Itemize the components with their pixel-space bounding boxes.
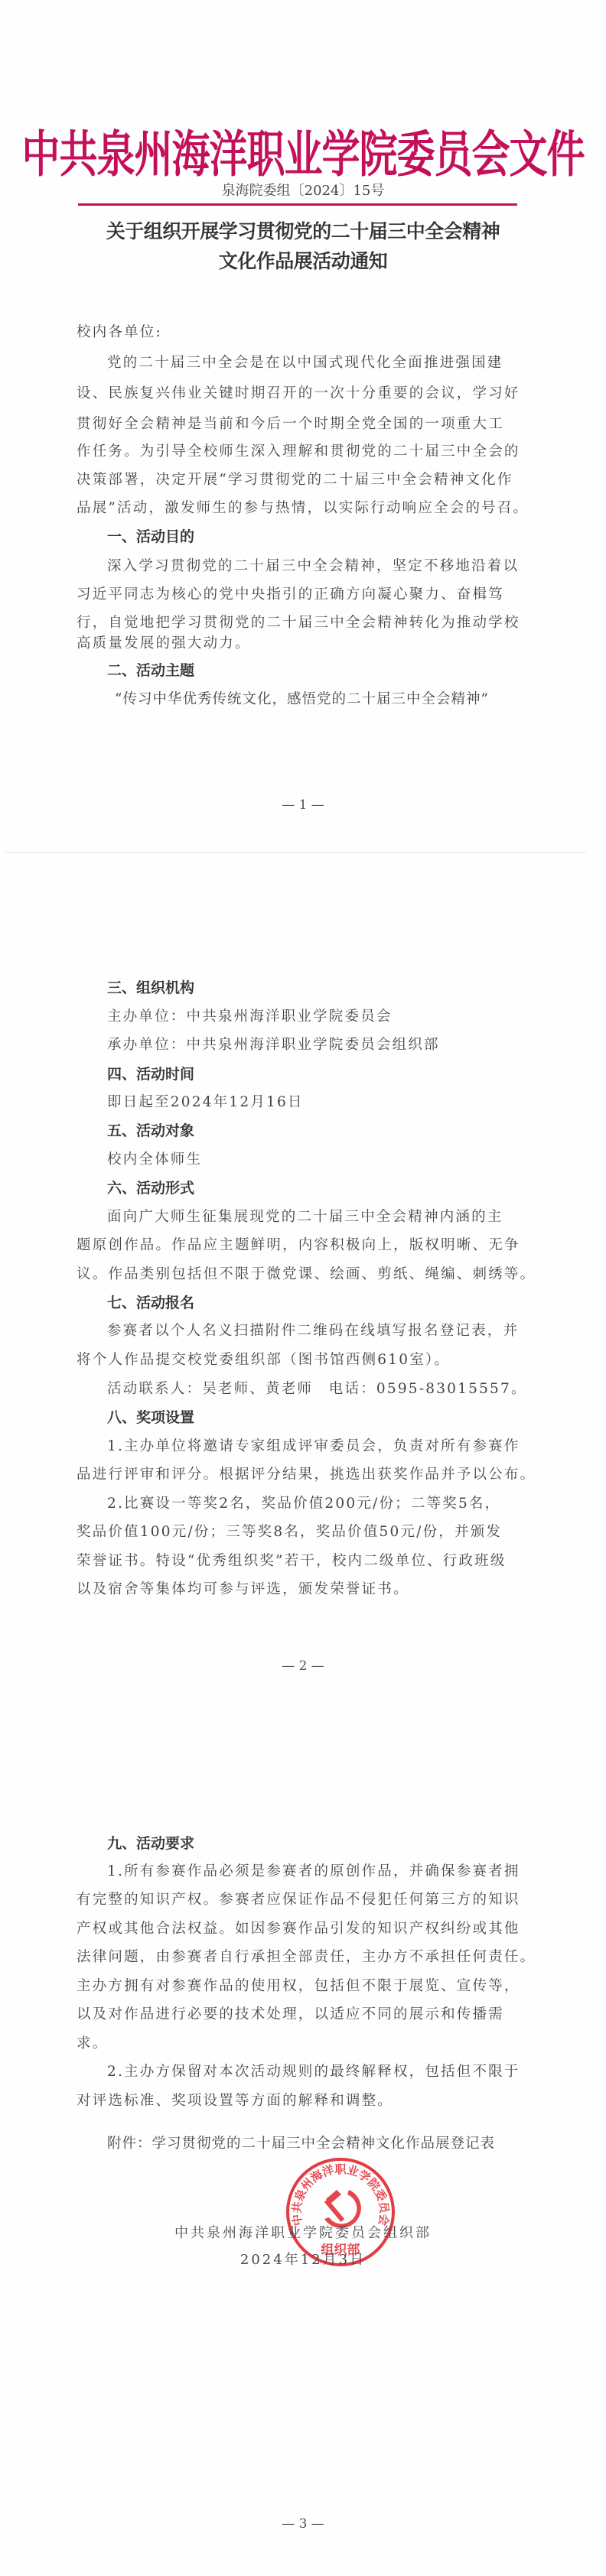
intro-line: 决策部署，决定开展“学习贯彻党的二十届三中全会精神文化作 <box>77 469 520 489</box>
activity-theme: “传习中华优秀传统文化，感悟党的二十届三中全会精神” <box>115 688 559 708</box>
intro-line: 设、民族复兴伟业关键时期召开的一次十分重要的会议，学习好 <box>77 382 520 402</box>
salutation: 校内各单位: <box>77 321 520 341</box>
section-heading-audience: 五、活动对象 <box>107 1119 194 1140</box>
page-number-3: — 3 — <box>0 2516 606 2532</box>
purpose-line: 深入学习贯彻党的二十届三中全会精神，坚定不移地沿着以 <box>107 555 520 575</box>
document-masthead: 中共泉州海洋职业学院委员会文件 <box>0 115 606 187</box>
award-line: 品进行评审和评分。根据评分结果，挑选出获奖作品并予以公布。 <box>77 1463 520 1483</box>
section-heading-organization: 三、组织机构 <box>107 976 194 997</box>
activity-time: 即日起至2024年12月16日 <box>107 1091 520 1111</box>
intro-line: 品展”活动，激发师生的参与热情，以实际行动响应全会的号召。 <box>77 497 520 517</box>
organizer-unit: 承办单位：中共泉州海洋职业学院委员会组织部 <box>107 1034 520 1054</box>
purpose-line: 习近平同志为核心的党中央指引的正确方向凝心聚力、奋楫笃 <box>77 583 520 603</box>
intro-line: 作任务。为引导全校师生深入理解和贯彻党的二十届三中全会的 <box>77 440 520 460</box>
requirement-line: 对评选标准、奖项设置等方面的解释和调整。 <box>77 2090 520 2110</box>
requirement-line: 1.所有参赛作品必须是参赛者的原创作品，并确保参赛者拥 <box>107 1860 520 1880</box>
page-number-1: — 1 — <box>0 797 606 813</box>
section-heading-purpose: 一、活动目的 <box>107 525 194 546</box>
signature-organization: 中共泉州海洋职业学院委员会组织部 <box>0 2222 606 2242</box>
requirement-line: 以及对作品进行必要的技术处理，以适应不同的展示和传播需 <box>77 2003 520 2023</box>
intro-line: 党的二十届三中全会是在以中国式现代化全面推进强国建 <box>107 352 520 372</box>
section-heading-signup: 七、活动报名 <box>107 1291 194 1312</box>
intro-line: 贯彻好全会精神是当前和今后一个时期全党全国的一项重大工 <box>77 413 520 433</box>
attachment-note: 附件：学习贯彻党的二十届三中全会精神文化作品展登记表 <box>107 2133 520 2152</box>
section-heading-form: 六、活动形式 <box>107 1177 194 1197</box>
award-line: 奖品价值100元/份；三等奖8名，奖品价值50元/份，并颁发 <box>77 1521 520 1541</box>
activity-audience: 校内全体师生 <box>107 1148 520 1168</box>
document-number: 泉海院委组〔2024〕15号 <box>0 180 606 200</box>
award-line: 以及宿舍等集体均可参与评选，颁发荣誉证书。 <box>77 1578 520 1598</box>
requirement-line: 法律问题，由参赛者自行承担全部责任，主办方不承担任何责任。 <box>77 1946 520 1966</box>
contact-info: 活动联系人：吴老师、黄老师 电话：0595-83015557。 <box>107 1378 520 1398</box>
section-heading-requirements: 九、活动要求 <box>107 1832 194 1853</box>
header-divider <box>78 203 517 206</box>
host-unit: 主办单位：中共泉州海洋职业学院委员会 <box>107 1005 520 1025</box>
signup-line: 参赛者以个人名义扫描附件二维码在线填写报名登记表，并 <box>107 1320 520 1340</box>
form-line: 题原创作品。作品应主题鲜明，内容积极向上，版权明晰、无争 <box>77 1234 520 1254</box>
document-title-line2: 文化作品展活动通知 <box>0 246 606 274</box>
document-title-line1: 关于组织开展学习贯彻党的二十届三中全会精神 <box>0 216 606 244</box>
section-heading-time: 四、活动时间 <box>107 1063 194 1083</box>
section-heading-theme: 二、活动主题 <box>107 659 194 680</box>
award-line: 1.主办单位将邀请专家组成评审委员会，负责对所有参赛作 <box>107 1435 520 1455</box>
requirement-line: 产权或其他合法权益。如因参赛作品引发的知识产权纠纷或其他 <box>77 1918 520 1938</box>
requirement-line: 求。 <box>77 2032 520 2052</box>
award-line: 2.比赛设一等奖2名，奖品价值200元/份；二等奖5名， <box>107 1493 520 1512</box>
requirement-line: 主办方拥有对参赛作品的使用权，包括但不限于展览、宣传等， <box>77 1975 520 1995</box>
form-line: 面向广大师生征集展现党的二十届三中全会精神内涵的主 <box>107 1206 520 1226</box>
requirement-line: 2.主办方保留对本次活动规则的最终解释权，包括但不限于 <box>107 2061 520 2081</box>
page-separator <box>5 852 586 853</box>
section-heading-awards: 八、奖项设置 <box>107 1406 194 1427</box>
award-line: 荣誉证书。特设“优秀组织奖”若干，校内二级单位、行政班级 <box>77 1550 520 1570</box>
purpose-line: 行，自觉地把学习贯彻党的二十届三中全会精神转化为推动学校 <box>77 612 520 632</box>
page-number-2: — 2 — <box>0 1658 606 1674</box>
signature-date: 2024年12月3日 <box>0 2249 606 2269</box>
signup-line: 将个人作品提交校党委组织部（图书馆西侧610室）。 <box>77 1349 520 1369</box>
purpose-line: 高质量发展的强大动力。 <box>77 632 520 652</box>
form-line: 议。作品类别包括但不限于微党课、绘画、剪纸、绳编、刺绣等。 <box>77 1263 520 1283</box>
requirement-line: 有完整的知识产权。参赛者应保证作品不侵犯任何第三方的知识 <box>77 1889 520 1908</box>
